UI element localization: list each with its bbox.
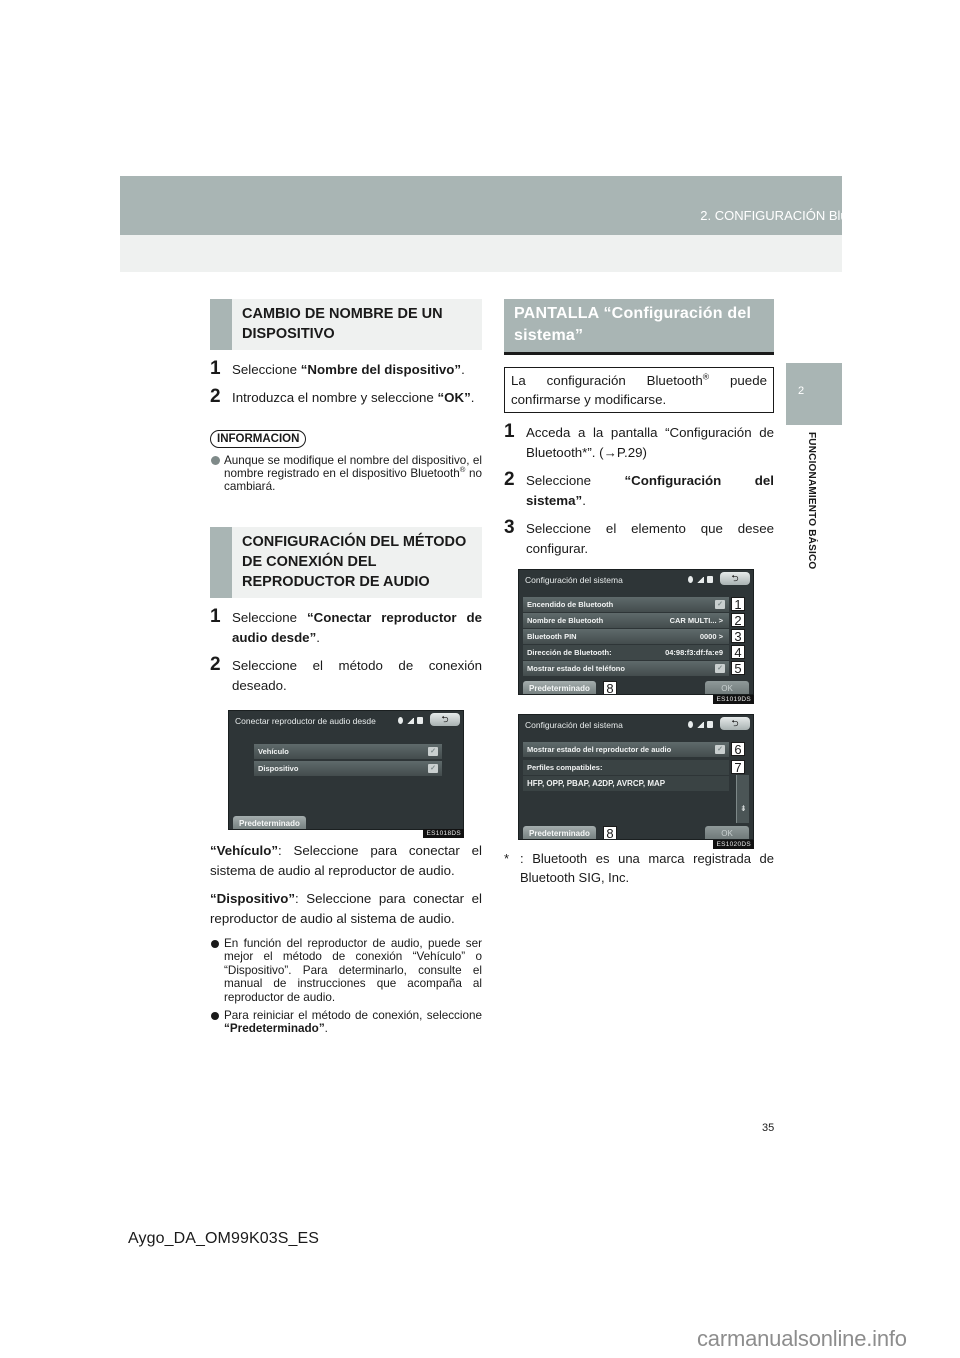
scrollbar[interactable]: ⇟ <box>736 775 749 823</box>
chapter-tab: 2 <box>786 363 842 425</box>
scroll-down-icon[interactable]: ⇟ <box>740 804 747 813</box>
status-icons <box>688 576 713 583</box>
battery-icon <box>707 721 713 728</box>
header-band <box>120 176 842 235</box>
system-screen-1: Configuración del sistema ⮌ Encendido de… <box>518 569 754 695</box>
section-title: 2. CONFIGURACIÓN Bluetooth® <box>700 208 890 223</box>
row-bluetooth-name[interactable]: Nombre de BluetoothCAR MULTI... > <box>523 613 729 628</box>
chapter-number: 2 <box>798 385 804 397</box>
rename-step-2: 2Introduzca el nombre y seleccione “OK”. <box>210 388 482 408</box>
status-icons <box>688 721 713 728</box>
check-icon: ✓ <box>715 664 725 673</box>
signal-icon <box>696 577 704 583</box>
row-compatible-profiles: Perfiles compatibles: <box>523 760 729 775</box>
callout-7: 7 <box>731 760 745 774</box>
check-icon: ✓ <box>428 747 438 756</box>
default-button[interactable]: Predeterminado <box>523 826 596 840</box>
default-button[interactable]: Predeterminado <box>233 816 306 830</box>
bullet-icon <box>211 456 220 465</box>
callout-2: 2 <box>731 613 745 627</box>
bullet-item: Para reiniciar el método de conexión, se… <box>210 1009 482 1036</box>
bluetooth-icon <box>398 717 403 724</box>
image-code: ES1020DS <box>713 840 754 849</box>
callout-8: 8 <box>603 681 617 695</box>
bluetooth-icon <box>688 721 693 728</box>
system-screen-1-figure: Configuración del sistema ⮌ Encendido de… <box>518 569 754 704</box>
screen-title: Configuración del sistema <box>525 720 623 730</box>
screen-title: Conectar reproductor de audio desde <box>235 716 376 726</box>
bullet-icon <box>211 1012 219 1020</box>
row-phone-status[interactable]: Mostrar estado del teléfono✓ <box>523 661 729 676</box>
check-icon: ✓ <box>715 745 725 754</box>
callout-1: 1 <box>731 597 745 611</box>
row-bluetooth-power[interactable]: Encendido de Bluetooth✓ <box>523 597 729 612</box>
battery-icon <box>417 717 423 724</box>
default-button[interactable]: Predeterminado <box>523 681 596 695</box>
system-step-1: 1Acceda a la pantalla “Configuración de … <box>504 423 774 463</box>
watermark: carmanualsonline.info <box>697 1326 907 1352</box>
ok-button[interactable]: OK <box>705 681 749 695</box>
status-icons <box>398 717 423 724</box>
system-screen-2: Configuración del sistema ⮌ Mostrar esta… <box>518 714 754 840</box>
header-subband <box>120 235 842 272</box>
back-button[interactable]: ⮌ <box>720 572 750 585</box>
connect-screen-figure: Conectar reproductor de audio desde ⮌ Ve… <box>228 710 464 837</box>
callout-8: 8 <box>603 826 617 840</box>
rename-heading: CAMBIO DE NOMBRE DE UN DISPOSITIVO <box>210 299 482 350</box>
note-box: La configuración Bluetooth® puede confir… <box>504 367 774 413</box>
connection-step-2: 2Seleccione el método de conexión desead… <box>210 656 482 696</box>
bullet-icon <box>211 940 219 948</box>
right-column: PANTALLA “Configuración del sistema” La … <box>504 299 774 887</box>
image-code: ES1019DS <box>713 695 754 704</box>
option-vehiculo[interactable]: Vehículo ✓ <box>254 744 442 759</box>
bluetooth-icon <box>688 576 693 583</box>
callout-4: 4 <box>731 645 745 659</box>
signal-icon <box>406 718 414 724</box>
back-button[interactable]: ⮌ <box>430 713 460 726</box>
back-button[interactable]: ⮌ <box>720 717 750 730</box>
desc-vehiculo: “Vehículo”: Seleccione para conectar el … <box>210 841 482 881</box>
callout-3: 3 <box>731 629 745 643</box>
chapter-label: FUNCIONAMIENTO BÁSICO <box>806 432 820 632</box>
connection-heading: CONFIGURACIÓN DEL MÉTODO DE CONEXIÓN DEL… <box>210 527 482 598</box>
screen-title: Configuración del sistema <box>525 575 623 585</box>
row-profile-list: HFP, OPP, PBAP, A2DP, AVRCP, MAP <box>523 776 729 791</box>
desc-dispositivo: “Dispositivo”: Seleccione para conectar … <box>210 889 482 929</box>
system-step-3: 3Seleccione el elemento que desee config… <box>504 519 774 559</box>
rename-step-1: 1Seleccione “Nombre del dispositivo”. <box>210 360 482 380</box>
row-bluetooth-pin[interactable]: Bluetooth PIN0000 > <box>523 629 729 644</box>
footnote: *: Bluetooth es una marca registrada de … <box>504 849 774 887</box>
left-column: CAMBIO DE NOMBRE DE UN DISPOSITIVO 1Sele… <box>210 299 482 1036</box>
info-label: INFORMACION <box>210 430 306 448</box>
image-code: ES1018DS <box>423 829 464 838</box>
signal-icon <box>696 722 704 728</box>
page-number: 35 <box>762 1122 774 1134</box>
system-screen-2-figure: Configuración del sistema ⮌ Mostrar esta… <box>518 714 754 849</box>
info-item: Aunque se modifique el nombre del dispos… <box>210 454 482 493</box>
connection-step-1: 1Seleccione “Conectar reproductor de aud… <box>210 608 482 648</box>
check-icon: ✓ <box>428 764 438 773</box>
callout-6: 6 <box>731 742 745 756</box>
document-id: Aygo_DA_OM99K03S_ES <box>128 1230 319 1248</box>
check-icon: ✓ <box>715 600 725 609</box>
option-dispositivo[interactable]: Dispositivo ✓ <box>254 761 442 776</box>
callout-5: 5 <box>731 661 745 675</box>
system-screen-heading: PANTALLA “Configuración del sistema” <box>504 299 774 355</box>
battery-icon <box>707 576 713 583</box>
bullet-item: En función del reproductor de audio, pue… <box>210 937 482 1004</box>
ok-button[interactable]: OK <box>705 826 749 840</box>
row-bluetooth-address: Dirección de Bluetooth:04:98:f3:df:fa:e9 <box>523 645 729 660</box>
row-audio-player-status[interactable]: Mostrar estado del reproductor de audio✓ <box>523 742 729 757</box>
connect-screen: Conectar reproductor de audio desde ⮌ Ve… <box>228 710 464 830</box>
system-step-2: 2Seleccione “Configuración del sistema”. <box>504 471 774 511</box>
